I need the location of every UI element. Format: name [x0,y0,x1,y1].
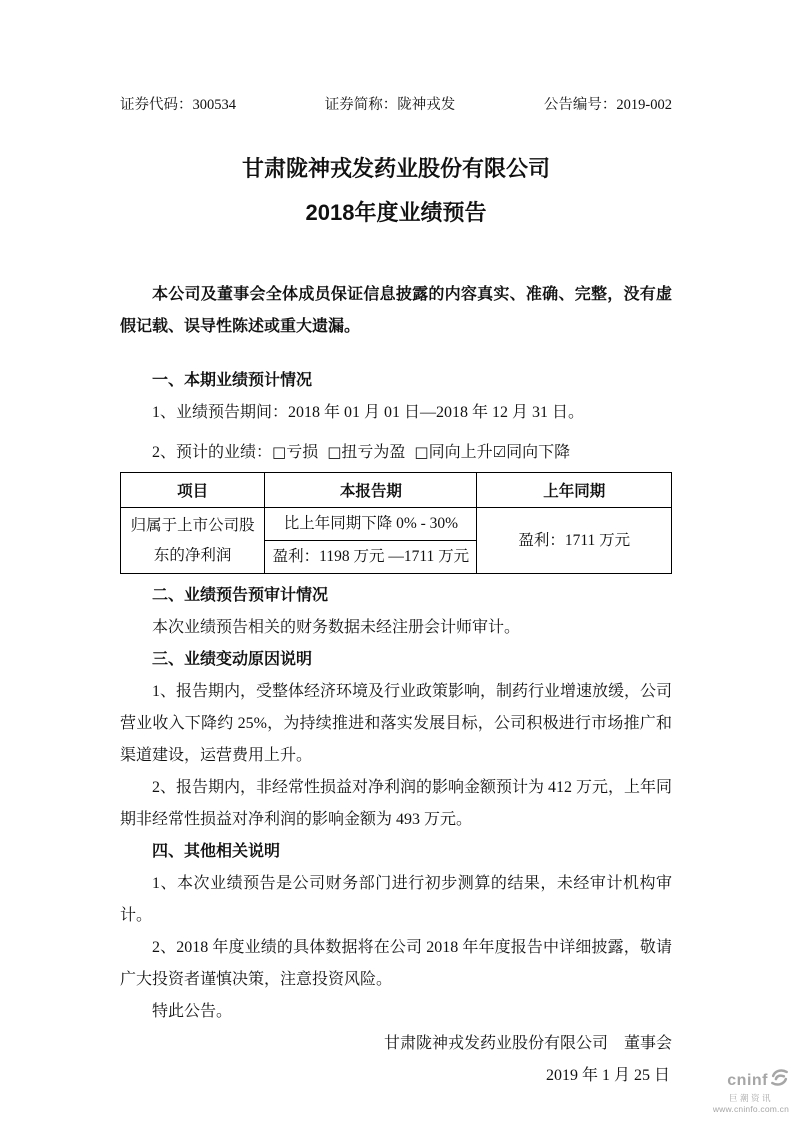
table-cell-net-profit-item: 归属于上市公司股东的净利润 [121,508,265,574]
table-header-prior-period: 上年同期 [477,473,672,508]
signature-company-board: 甘肃陇神戎发药业股份有限公司 董事会 [120,1028,672,1060]
section4-paragraph-1: 1、本次业绩预告是公司财务部门进行初步测算的结果，未经审计机构审计。 [120,868,672,932]
forecast-type-label: 2、预计的业绩： [152,444,272,461]
section2-body: 本次业绩预告相关的财务数据未经注册会计师审计。 [120,612,672,644]
table-row: 归属于上市公司股东的净利润 比上年同期下降 0% - 30% 盈利：1711 万… [121,508,672,541]
checkbox-unchecked-icon: □ [414,443,428,461]
checkbox-checked-icon: ☑ [493,443,506,461]
cninfo-brand-text: cninf [727,1071,768,1090]
closing-statement: 特此公告。 [120,996,672,1028]
option-same-direction-up: □同向上升 [414,444,492,461]
table-header-current-period: 本报告期 [265,473,477,508]
cninfo-url: www.cninfo.com.cn [713,1104,789,1114]
table-cell-prior-profit: 盈利：1711 万元 [477,508,672,574]
cninfo-watermark: cninf 巨潮资讯 www.cninfo.com.cn [713,1068,789,1114]
table-header-row: 项目 本报告期 上年同期 [121,473,672,508]
checkbox-unchecked-icon: □ [327,443,341,461]
table-cell-current-change: 比上年同期下降 0% - 30% [265,508,477,541]
stock-abbr: 证券简称：陇神戎发 [325,95,456,115]
company-name-title: 甘肃陇神戎发药业股份有限公司 [120,155,672,183]
section4-heading: 四、其他相关说明 [120,836,672,868]
report-title: 2018年度业绩预告 [120,199,672,227]
section2-heading: 二、业绩预告预审计情况 [120,580,672,612]
cninfo-swirl-icon [770,1068,789,1092]
section1-heading: 一、本期业绩预计情况 [120,365,672,397]
option-same-direction-down: ☑同向下降 [493,444,570,461]
section3-heading: 三、业绩变动原因说明 [120,644,672,676]
signature-date: 2019 年 1 月 25 日 [120,1060,670,1092]
forecast-period-line: 1、业绩预告期间：2018 年 01 月 01 日—2018 年 12 月 31… [120,397,672,429]
cninfo-chinese-name: 巨潮资讯 [713,1093,773,1103]
option-turnaround-label: 扭亏为盈 [341,444,405,461]
option-loss-label: 亏损 [286,444,318,461]
performance-forecast-table: 项目 本报告期 上年同期 归属于上市公司股东的净利润 比上年同期下降 0% - … [120,472,672,574]
option-turnaround: □扭亏为盈 [327,444,405,461]
stock-code: 证券代码：300534 [120,95,236,115]
announcement-document-page: 证券代码：300534 证券简称：陇神戎发 公告编号：2019-002 甘肃陇神… [0,0,793,1122]
cninfo-brand-row: cninf [713,1068,789,1092]
section4-paragraph-2: 2、2018 年度业绩的具体数据将在公司 2018 年年度报告中详细披露，敬请广… [120,932,672,996]
forecast-type-line: 2、预计的业绩：□亏损□扭亏为盈□同向上升☑同向下降 [120,436,672,469]
section3-paragraph-1: 1、报告期内，受整体经济环境及行业政策影响，制药行业增速放缓，公司营业收入下降约… [120,676,672,772]
option-up-label: 同向上升 [429,444,493,461]
announcement-number: 公告编号：2019-002 [544,95,672,115]
document-header: 证券代码：300534 证券简称：陇神戎发 公告编号：2019-002 [120,95,672,115]
checkbox-unchecked-icon: □ [272,443,286,461]
disclaimer-paragraph: 本公司及董事会全体成员保证信息披露的内容真实、准确、完整，没有虚假记载、误导性陈… [120,279,672,343]
table-header-item: 项目 [121,473,265,508]
table-cell-current-profit-range: 盈利：1198 万元 —1711 万元 [265,541,477,574]
section3-paragraph-2: 2、报告期内，非经常性损益对净利润的影响金额预计为 412 万元，上年同期非经常… [120,772,672,836]
option-down-label: 同向下降 [506,444,570,461]
option-loss: □亏损 [272,444,318,461]
